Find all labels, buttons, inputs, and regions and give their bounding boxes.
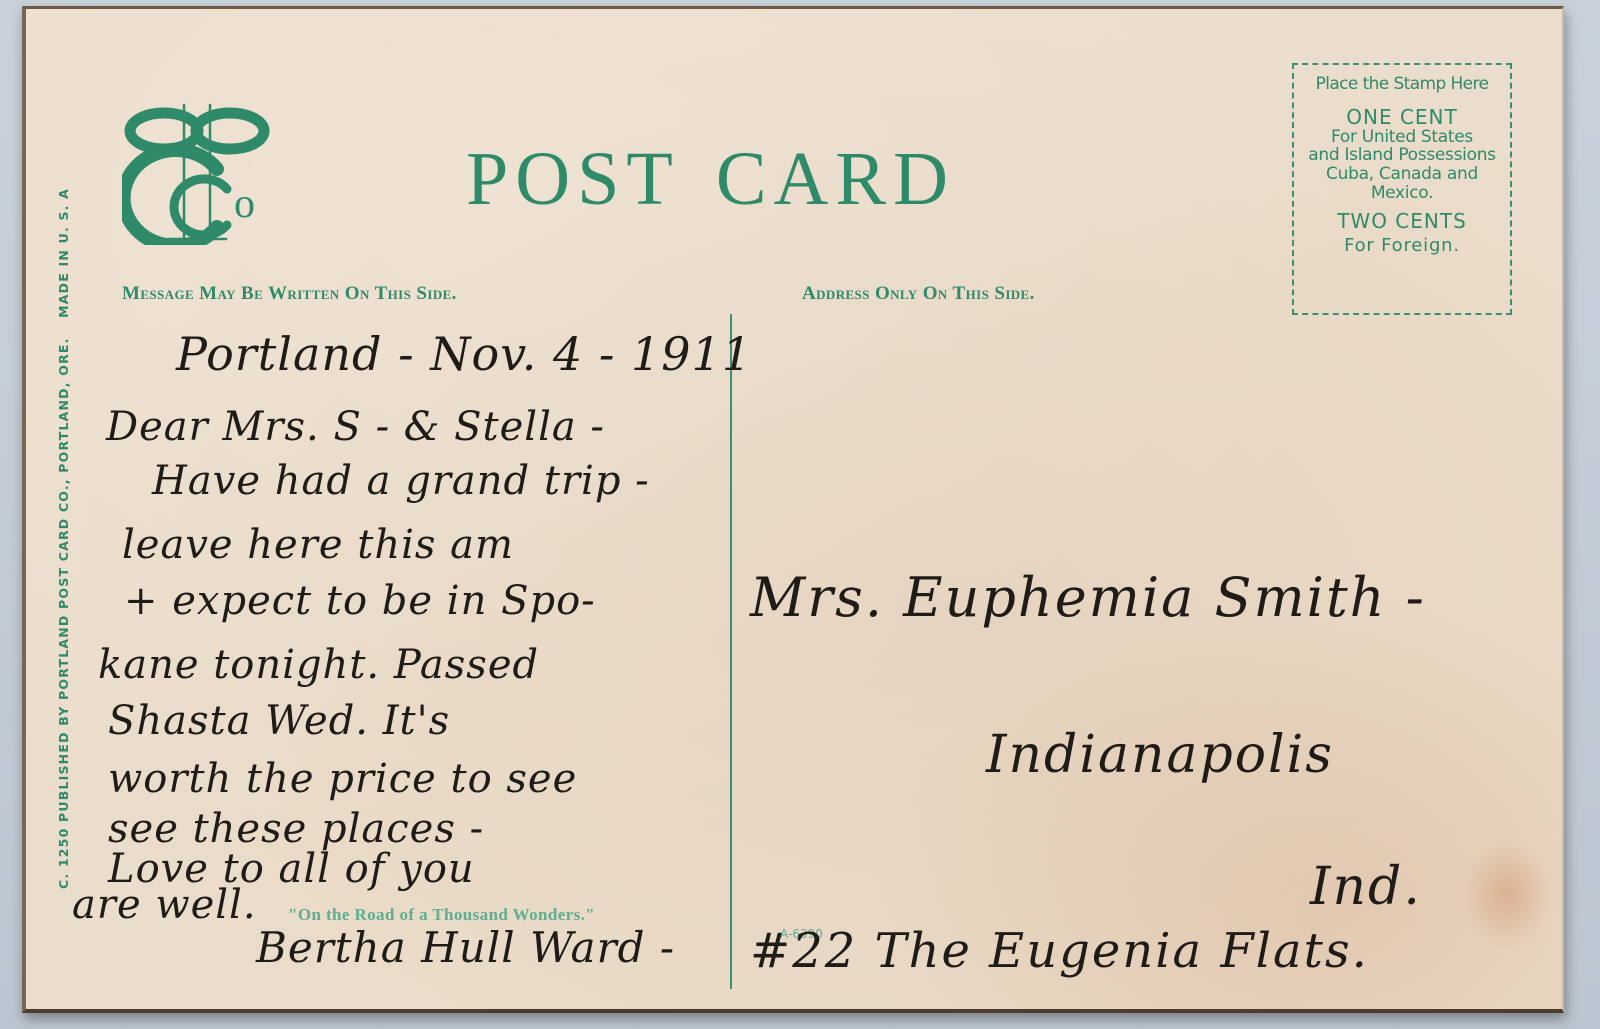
- domestic-rate: ONE CENT: [1294, 106, 1510, 128]
- title-word-card: CARD: [716, 137, 955, 221]
- center-divider: [730, 314, 732, 989]
- message-line: leave here this am: [122, 525, 514, 565]
- address-street: #22 The Eugenia Flats.: [750, 927, 1369, 975]
- message-line: Shasta Wed. It's: [108, 701, 450, 741]
- address-recipient: Mrs. Euphemia Smith -: [750, 571, 1426, 625]
- domestic-line-4: Mexico.: [1294, 184, 1510, 203]
- address-state: Ind.: [1310, 861, 1422, 913]
- postcard-back: C. 1250 PUBLISHED BY PORTLAND POST CARD …: [22, 6, 1564, 1013]
- page-title: POSTCARD: [466, 141, 955, 217]
- foreign-rate: TWO CENTS: [1294, 210, 1510, 232]
- message-line: Dear Mrs. S - & Stella -: [106, 407, 605, 447]
- foreign-line: For Foreign.: [1294, 236, 1510, 256]
- stamp-box: Place the Stamp Here ONE CENT For United…: [1292, 63, 1512, 315]
- message-line: worth the price to see: [108, 759, 577, 799]
- domestic-line-2: and Island Possessions: [1294, 146, 1510, 165]
- title-word-post: POST: [466, 137, 680, 221]
- card-caption: "On the Road of a Thousand Wonders.": [288, 905, 595, 925]
- stamp-heading: Place the Stamp Here: [1294, 75, 1510, 94]
- address-side-label: Address Only On This Side.: [802, 283, 1035, 305]
- publisher-text: C. 1250 PUBLISHED BY PORTLAND POST CARD …: [56, 337, 71, 889]
- message-line: kane tonight. Passed: [98, 645, 539, 685]
- age-stain: [1462, 839, 1552, 949]
- message-side-label: Message May Be Written On This Side.: [122, 283, 457, 305]
- message-line: Have had a grand trip -: [152, 461, 650, 501]
- domestic-line-1: For United States: [1294, 128, 1510, 147]
- address-city: Indianapolis: [986, 729, 1334, 781]
- made-in-text: MADE IN U. S. A: [56, 188, 71, 318]
- message-signature: Bertha Hull Ward -: [256, 927, 675, 969]
- message-line: are well.: [72, 885, 257, 925]
- svg-text:o: o: [234, 181, 255, 227]
- message-dateline: Portland - Nov. 4 - 1911: [176, 331, 752, 377]
- domestic-line-3: Cuba, Canada and: [1294, 165, 1510, 184]
- publisher-logo-icon: o: [122, 97, 272, 245]
- message-line: see these places -: [108, 809, 484, 849]
- publisher-imprint: C. 1250 PUBLISHED BY PORTLAND POST CARD …: [56, 89, 71, 889]
- message-line: + expect to be in Spo-: [124, 581, 596, 621]
